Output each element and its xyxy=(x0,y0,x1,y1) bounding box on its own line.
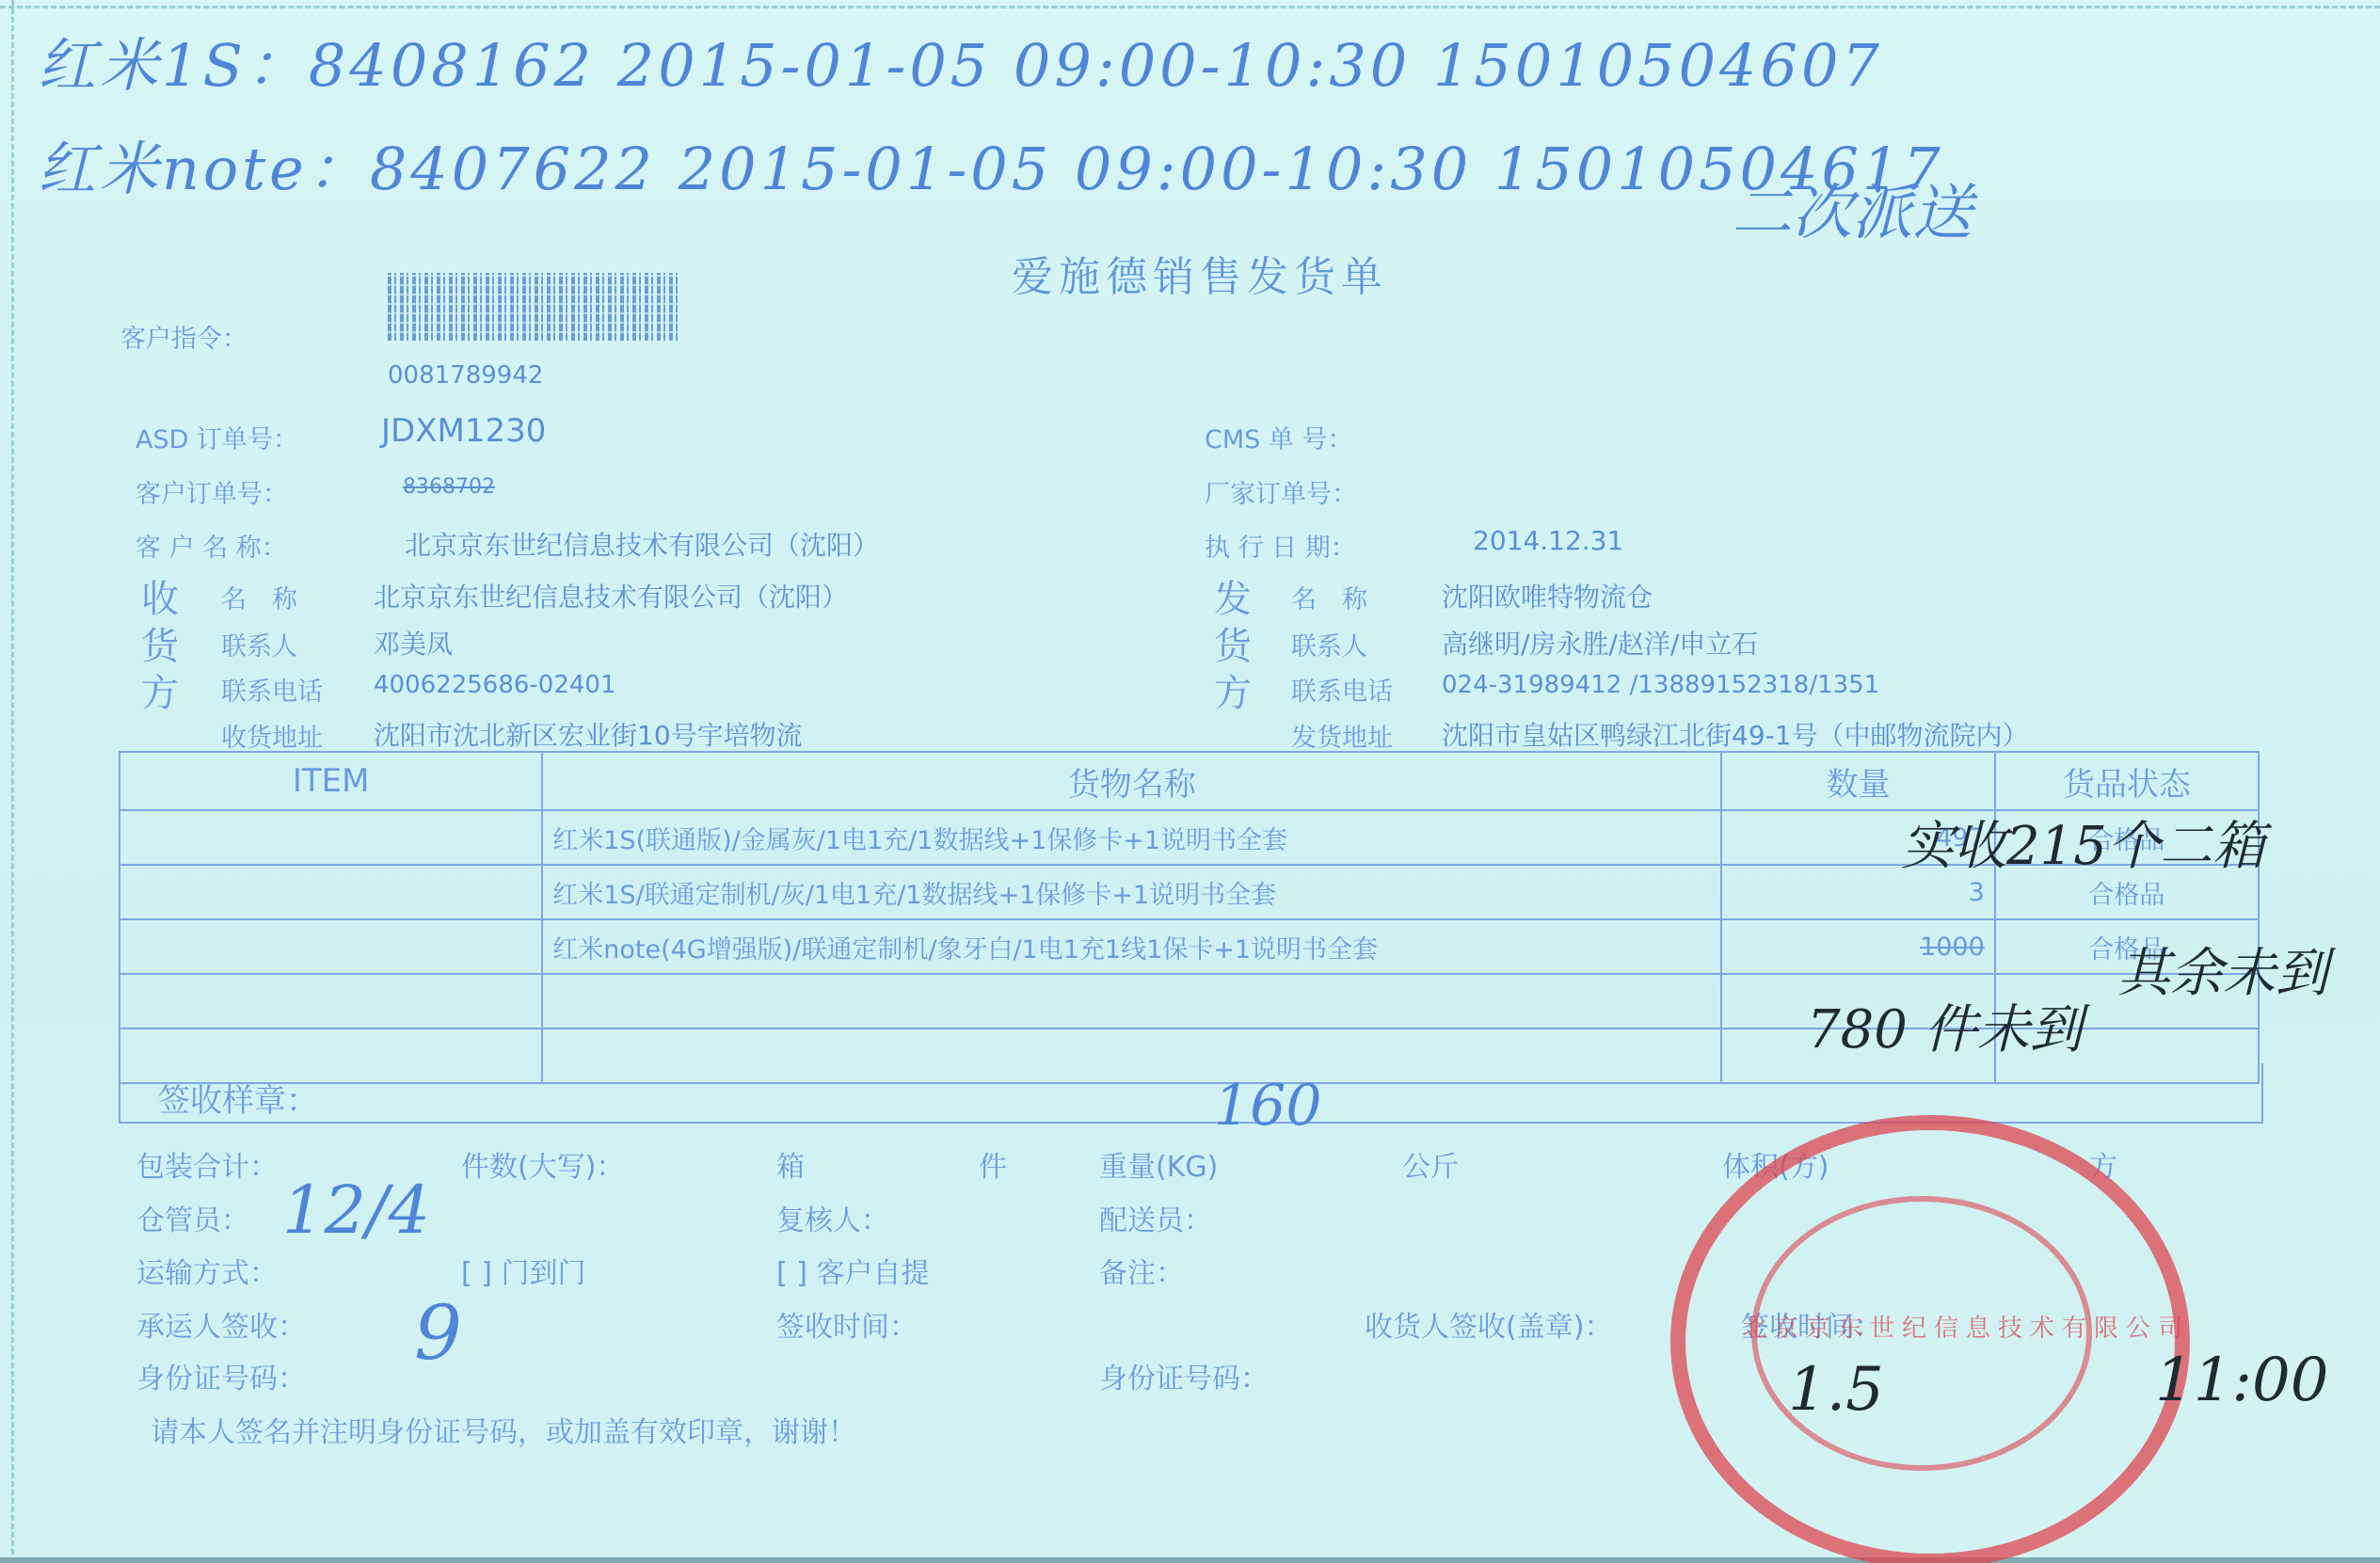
shipper-name-label: 名 称 xyxy=(1291,579,1367,615)
item-cell xyxy=(120,919,542,974)
receiver-side-char-1: 收 xyxy=(141,569,179,623)
goods-name-cell: 红米1S(联通版)/金属灰/1电1充/1数据线+1保修卡+1说明书全套 xyxy=(542,810,1721,865)
id-number-label: 身份证号码： xyxy=(136,1355,306,1396)
receiver-sign-label: 收货人签收(盖章)： xyxy=(1365,1303,1612,1345)
quantity-cell: 1000 xyxy=(1721,919,1994,974)
deliverer-label: 配送员： xyxy=(1099,1197,1212,1238)
handwritten-line-1: 红米1S：8408162 2015-01-05 09:00-10:30 1501… xyxy=(38,19,1883,103)
handwritten-line-2: 红米note：8407622 2015-01-05 09:00-10:30 15… xyxy=(38,122,1944,206)
handwritten-weight: 160 xyxy=(1214,1073,1322,1139)
carrier-signature: 9 xyxy=(414,1289,462,1377)
customer-name-label: 客 户 名 称： xyxy=(136,527,287,564)
stamp-text: 北京京东世纪信息技术有限公司 xyxy=(1742,1309,2190,1344)
paper-bottom-edge xyxy=(0,1557,2380,1563)
packaging-total-label: 包装合计： xyxy=(136,1143,278,1185)
kg-label: 公斤 xyxy=(1402,1143,1459,1185)
goods-table-header: ITEM 货物名称 数量 货品状态 xyxy=(120,752,2259,810)
customer-order-value: 8368702 xyxy=(403,475,495,499)
piece-label: 件 xyxy=(979,1143,1007,1185)
asd-order-value: JDXM1230 xyxy=(381,412,546,450)
warehouse-keeper-signature: 12/4 xyxy=(282,1172,430,1249)
handwritten-remainder-note: 其余未到 xyxy=(2117,932,2328,1007)
footer-instruction: 请本人签名并注明身份证号码，或加盖有效印章，谢谢！ xyxy=(151,1409,856,1450)
shipper-name-value: 沈阳欧唯特物流仓 xyxy=(1442,577,1653,614)
transport-label: 运输方式： xyxy=(136,1250,278,1291)
shipper-address-label: 发货地址 xyxy=(1291,717,1393,754)
item-cell xyxy=(120,974,542,1029)
sign-sample-title: 签收样章： xyxy=(158,1075,318,1121)
exec-date-label: 执 行 日 期： xyxy=(1205,527,1356,564)
shipper-side-char-3: 方 xyxy=(1214,663,1252,717)
table-row: 红米note(4G增强版)/联通定制机/象牙白/1电1充1线1保卡+1说明书全套… xyxy=(120,919,2259,974)
id-number-label-2: 身份证号码： xyxy=(1099,1355,1269,1396)
receiver-contact-value: 邓美凤 xyxy=(374,624,453,662)
item-cell xyxy=(120,810,542,865)
receiver-sign-time: 11:00 xyxy=(2155,1346,2328,1415)
exec-date-value: 2014.12.31 xyxy=(1473,525,1623,556)
receiver-side-char-2: 货 xyxy=(141,616,179,670)
receiver-name-label: 名 称 xyxy=(221,579,297,615)
goods-name-cell: 红米1S/联通定制机/灰/1电1充/1数据线+1保修卡+1说明书全套 xyxy=(542,865,1721,919)
handwritten-missing-note: 780 件未到 xyxy=(1807,988,2083,1063)
col-header-item: ITEM xyxy=(120,752,542,810)
shipper-phone-label: 联系电话 xyxy=(1291,671,1393,708)
col-header-quantity: 数量 xyxy=(1721,752,1994,810)
perforation-left xyxy=(11,0,14,1563)
warehouse-keeper-label: 仓管员： xyxy=(136,1197,249,1238)
barcode-number: 0081789942 xyxy=(388,361,543,390)
customer-instruction-label: 客户指令： xyxy=(120,318,248,355)
delivery-note-paper: 红米1S：8408162 2015-01-05 09:00-10:30 1501… xyxy=(0,0,2380,1563)
shipper-contact-label: 联系人 xyxy=(1291,626,1367,662)
receiver-contact-label: 联系人 xyxy=(221,626,297,662)
shipper-contact-value: 高继明/房永胜/赵洋/申立石 xyxy=(1442,624,1758,662)
box-label: 箱 xyxy=(776,1143,805,1185)
self-pickup-checkbox[interactable]: [ ] 客户自提 xyxy=(776,1250,929,1291)
company-seal-stamp: 北京京东世纪信息技术有限公司 xyxy=(1670,1115,2190,1563)
col-header-status: 货品状态 xyxy=(1995,752,2259,810)
pieces-upper-label: 件数(大写)： xyxy=(461,1143,624,1185)
weight-label: 重量(KG) xyxy=(1099,1143,1218,1185)
checker-label: 复核人： xyxy=(776,1197,889,1238)
remarks-label: 备注： xyxy=(1099,1250,1184,1291)
handwritten-received-note: 实收215个二箱 xyxy=(1901,805,2265,880)
customer-order-label: 客户订单号： xyxy=(136,473,288,510)
cms-order-label: CMS 单 号： xyxy=(1205,419,1352,455)
receiver-address-label: 收货地址 xyxy=(221,717,323,754)
door-to-door-checkbox[interactable]: [ ] 门到门 xyxy=(461,1250,585,1291)
goods-name-cell xyxy=(542,974,1721,1029)
receiver-address-value: 沈阳市沈北新区宏业街10号宇培物流 xyxy=(374,715,803,753)
factory-order-label: 厂家订单号： xyxy=(1205,473,1357,510)
receiver-phone-value: 4006225686-02401 xyxy=(374,671,616,699)
receiver-name-value: 北京京东世纪信息技术有限公司（沈阳） xyxy=(374,577,848,614)
shipper-address-value: 沈阳市皇姑区鸭绿江北街49-1号（中邮物流院内） xyxy=(1442,715,2029,753)
document-title: 爱施德销售发货单 xyxy=(1012,243,1388,303)
carrier-sign-label: 承运人签收： xyxy=(136,1303,306,1345)
receiver-phone-label: 联系电话 xyxy=(221,671,323,708)
shipper-side-char-1: 发 xyxy=(1214,569,1252,623)
shipper-side-char-2: 货 xyxy=(1214,616,1252,670)
goods-name-cell: 红米note(4G增强版)/联通定制机/象牙白/1电1充1线1保卡+1说明书全套 xyxy=(542,919,1721,974)
handwritten-redelivery-note: 二次派送 xyxy=(1732,165,1973,251)
receiver-side-char-3: 方 xyxy=(141,663,179,717)
customer-name-value: 北京京东世纪信息技术有限公司（沈阳） xyxy=(405,525,879,563)
item-cell xyxy=(120,865,542,919)
asd-order-label: ASD 订单号： xyxy=(136,419,298,455)
barcode-image xyxy=(388,273,679,341)
sign-time-label: 签收时间： xyxy=(776,1303,918,1345)
receiver-sign-date: 1.5 xyxy=(1788,1355,1884,1425)
perforation-top xyxy=(0,6,2380,8)
col-header-goods-name: 货物名称 xyxy=(542,752,1721,810)
shipper-phone-value: 024-31989412 /13889152318/1351 xyxy=(1442,671,1879,699)
